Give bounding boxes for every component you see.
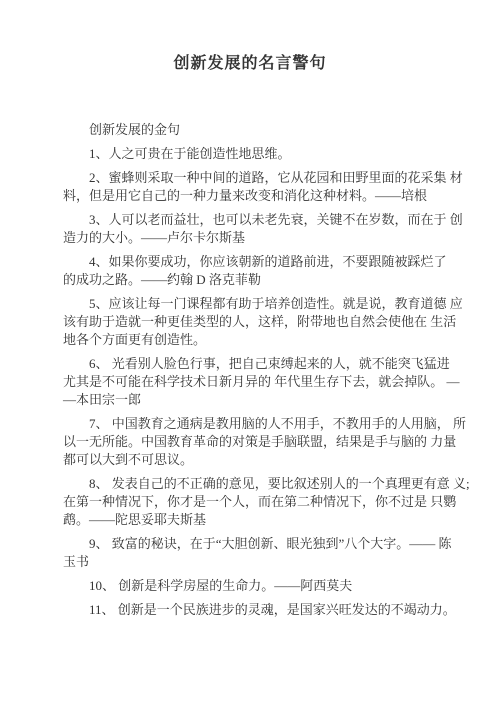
paragraph-line: 8、 发表自己的不正确的意见，要比叙述别人的一个真理更有意 义; bbox=[63, 475, 437, 493]
paragraph-line: 创新发展的金句 bbox=[63, 121, 437, 139]
paragraph-line: 料，但是用它自己的一种力量来改变和消化这种材料。——培根 bbox=[63, 187, 437, 205]
paragraph-line: 11、 创新是一个民族进步的灵魂，是国家兴旺发达的不竭动力。 bbox=[63, 601, 437, 619]
document-page: 创新发展的名言警句 创新发展的金句 1、人之可贵在于能创造性地思维。 2、蜜蜂则… bbox=[0, 0, 500, 707]
quote-6: 6、 光看别人脸色行事，把自己束缚起来的人，就不能突飞猛进 尤其是不可能在科学技… bbox=[63, 355, 437, 409]
paragraph-intro: 创新发展的金句 bbox=[63, 121, 437, 139]
paragraph-line: 玉书 bbox=[63, 553, 437, 571]
document-body: 创新发展的金句 1、人之可贵在于能创造性地思维。 2、蜜蜂则采取一种中间的道路，… bbox=[63, 121, 437, 619]
quote-9: 9、 致富的秘诀，在于“大胆创新、眼光独到”八个大字。—— 陈 玉书 bbox=[63, 535, 437, 571]
quote-2: 2、蜜蜂则采取一种中间的道路，它从花园和田野里面的花采集 材 料，但是用它自己的… bbox=[63, 169, 437, 205]
quote-1: 1、人之可贵在于能创造性地思维。 bbox=[63, 145, 437, 163]
paragraph-line: 1、人之可贵在于能创造性地思维。 bbox=[63, 145, 437, 163]
paragraph-line: 以一无所能。中国教育革命的对策是手脑联盟，结果是手与脑的 力量 bbox=[63, 433, 437, 451]
paragraph-line: 地各个方面更有创造性。 bbox=[63, 331, 437, 349]
paragraph-line: 10、 创新是科学房屋的生命力。——阿西莫夫 bbox=[63, 577, 437, 595]
paragraph-line: 都可以大到不可思议。 bbox=[63, 451, 437, 469]
paragraph-line: 的成功之路。——约翰 D 洛克菲勒 bbox=[63, 271, 437, 289]
paragraph-line: —本田宗一郎 bbox=[63, 391, 437, 409]
paragraph-line: 6、 光看别人脸色行事，把自己束缚起来的人，就不能突飞猛进 bbox=[63, 355, 437, 373]
document-title: 创新发展的名言警句 bbox=[0, 0, 500, 75]
quote-8: 8、 发表自己的不正确的意见，要比叙述别人的一个真理更有意 义; 在第一种情况下… bbox=[63, 475, 437, 529]
paragraph-line: 2、蜜蜂则采取一种中间的道路，它从花园和田野里面的花采集 材 bbox=[63, 169, 437, 187]
quote-3: 3、人可以老而益壮，也可以未老先衰，关键不在岁数，而在于 创 造力的大小。——卢… bbox=[63, 211, 437, 247]
paragraph-line: 4、如果你要成功，你应该朝新的道路前进，不要跟随被踩烂了 bbox=[63, 253, 437, 271]
paragraph-line: 5、应该让每一门课程都有助于培养创造性。就是说，教育道德 应 bbox=[63, 295, 437, 313]
paragraph-line: 3、人可以老而益壮，也可以未老先衰，关键不在岁数，而在于 创 bbox=[63, 211, 437, 229]
paragraph-line: 9、 致富的秘诀，在于“大胆创新、眼光独到”八个大字。—— 陈 bbox=[63, 535, 437, 553]
paragraph-line: 在第一种情况下，你才是一个人，而在第二种情况下，你不过是 只鹦 bbox=[63, 493, 437, 511]
quote-4: 4、如果你要成功，你应该朝新的道路前进，不要跟随被踩烂了 的成功之路。——约翰 … bbox=[63, 253, 437, 289]
paragraph-line: 鹉。——陀思妥耶夫斯基 bbox=[63, 511, 437, 529]
quote-11: 11、 创新是一个民族进步的灵魂，是国家兴旺发达的不竭动力。 bbox=[63, 601, 437, 619]
paragraph-line: 尤其是不可能在科学技术日新月异的 年代里生存下去，就会掉队。 — bbox=[63, 373, 437, 391]
paragraph-line: 7、 中国教育之通病是教用脑的人不用手，不教用手的人用脑， 所 bbox=[63, 415, 437, 433]
paragraph-line: 该有助于造就一种更佳类型的人，这样，附带地也自然会使他在 生活 bbox=[63, 313, 437, 331]
quote-7: 7、 中国教育之通病是教用脑的人不用手，不教用手的人用脑， 所 以一无所能。中国… bbox=[63, 415, 437, 469]
quote-10: 10、 创新是科学房屋的生命力。——阿西莫夫 bbox=[63, 577, 437, 595]
paragraph-line: 造力的大小。——卢尔卡尔斯基 bbox=[63, 229, 437, 247]
quote-5: 5、应该让每一门课程都有助于培养创造性。就是说，教育道德 应 该有助于造就一种更… bbox=[63, 295, 437, 349]
